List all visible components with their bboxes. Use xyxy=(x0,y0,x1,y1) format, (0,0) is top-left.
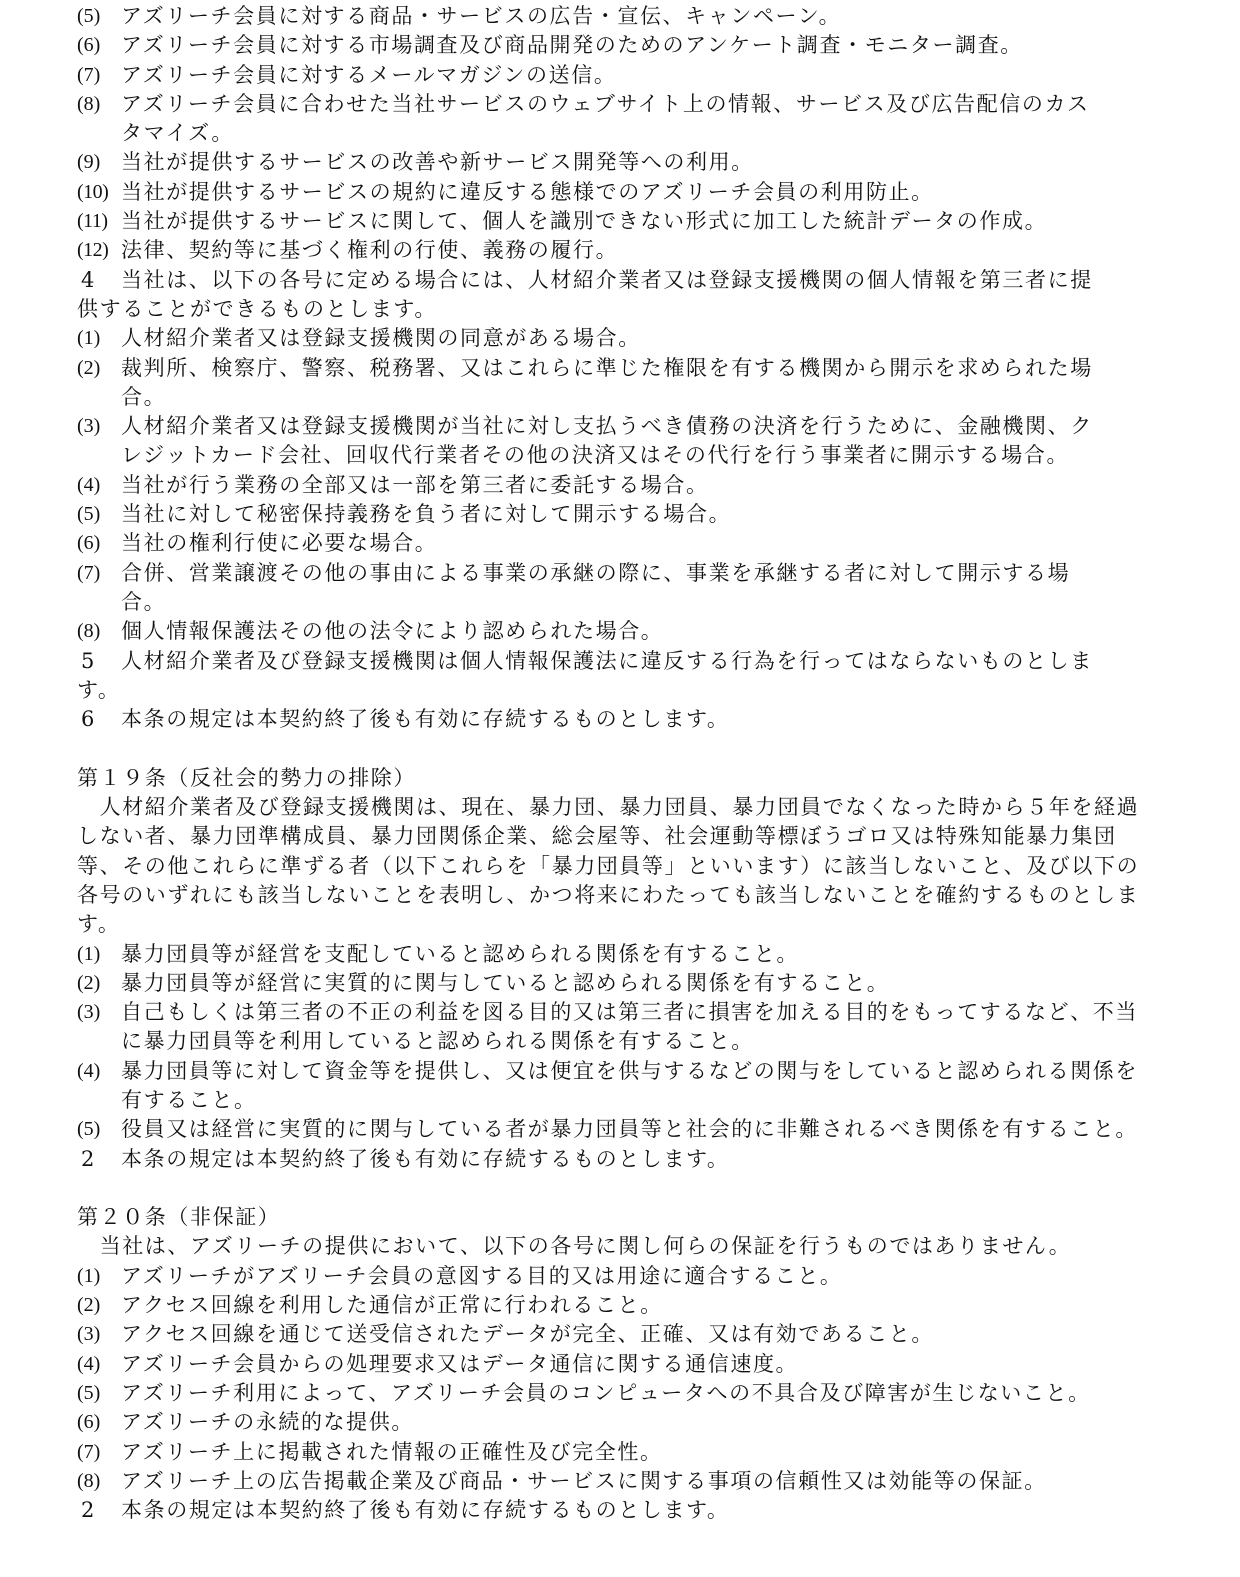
list-item: (4) 当社が行う業務の全部又は一部を第三者に委託する場合。 xyxy=(77,471,1167,500)
list-item: (3) アクセス回線を通じて送受信されたデータが完全、正確、又は有効であること。 xyxy=(77,1320,1167,1349)
list-item: (3) 人材紹介業者又は登録支援機関が当社に対し支払うべき債務の決済を行うために… xyxy=(77,412,1167,441)
disclosure-list: (1) 人材紹介業者又は登録支援機関の同意がある場合。 (2) 裁判所、検察庁、… xyxy=(77,324,1167,646)
item-text: 当社が行う業務の全部又は一部を第三者に委託する場合。 xyxy=(121,471,1167,500)
paragraph-number: 2 xyxy=(77,1496,121,1525)
article-intro-line: 等、その他これらに準ずる者（以下これらを「暴力団員等」といいます）に該当しないこ… xyxy=(77,852,1167,881)
item-number: (9) xyxy=(77,148,121,177)
item-number: (1) xyxy=(77,324,121,353)
list-item: (5) アズリーチ会員に対する商品・サービスの広告・宣伝、キャンペーン。 xyxy=(77,2,1167,31)
item-number: (5) xyxy=(77,1379,121,1408)
list-item: (6) アズリーチの永続的な提供。 xyxy=(77,1408,1167,1437)
list-item: (5) 役員又は経営に実質的に関与している者が暴力団員等と社会的に非難されるべき… xyxy=(77,1115,1167,1144)
paragraph-number: 6 xyxy=(77,705,121,734)
article-heading: 第１９条（反社会的勢力の排除） xyxy=(77,764,1167,793)
list-item: (7) 合併、営業譲渡その他の事由による事業の承継の際に、事業を承継する者に対し… xyxy=(77,559,1167,588)
paragraph-text-cont: 供することができるものとします。 xyxy=(77,295,1167,324)
item-continuation: 合。 xyxy=(77,588,1167,617)
item-number: (7) xyxy=(77,61,121,90)
item-number: (7) xyxy=(77,559,121,588)
item-continuation: タマイズ。 xyxy=(77,119,1167,148)
list-item: (8) アズリーチ上の広告掲載企業及び商品・サービスに関する事項の信頼性又は効能… xyxy=(77,1467,1167,1496)
paragraph-line: 5 人材紹介業者及び登録支援機関は個人情報保護法に違反する行為を行ってはならない… xyxy=(77,647,1167,676)
article-intro-line: しない者、暴力団準構成員、暴力団関係企業、総会屋等、社会運動等標ぼうゴロ又は特殊… xyxy=(77,822,1167,851)
article-intro-line: 当社は、アズリーチの提供において、以下の各号に関し何らの保証を行うものではありま… xyxy=(77,1232,1167,1261)
item-text: アクセス回線を利用した通信が正常に行われること。 xyxy=(121,1291,1167,1320)
item-number: (2) xyxy=(77,1291,121,1320)
article-20: 第２０条（非保証） 当社は、アズリーチの提供において、以下の各号に関し何らの保証… xyxy=(77,1203,1167,1525)
item-text: アズリーチがアズリーチ会員の意図する目的又は用途に適合すること。 xyxy=(121,1262,1167,1291)
item-text: アズリーチ上の広告掲載企業及び商品・サービスに関する事項の信頼性又は効能等の保証… xyxy=(121,1467,1167,1496)
list-item: (6) 当社の権利行使に必要な場合。 xyxy=(77,529,1167,558)
item-number: (3) xyxy=(77,412,121,441)
item-number: (2) xyxy=(77,354,121,383)
item-number: (8) xyxy=(77,617,121,646)
article-heading: 第２０条（非保証） xyxy=(77,1203,1167,1232)
item-text: 合併、営業譲渡その他の事由による事業の承継の際に、事業を承継する者に対して開示す… xyxy=(121,559,1167,588)
item-text: 人材紹介業者又は登録支援機関が当社に対し支払うべき債務の決済を行うために、金融機… xyxy=(121,412,1167,441)
paragraph-text: 人材紹介業者及び登録支援機関は個人情報保護法に違反する行為を行ってはならないもの… xyxy=(121,647,1093,676)
list-item: (3) 自己もしくは第三者の不正の利益を図る目的又は第三者に損害を加える目的をも… xyxy=(77,998,1167,1027)
item-number: (4) xyxy=(77,1057,121,1086)
item-continuation: レジットカード会社、回収代行業者その他の決済又はその代行を行う事業者に開示する場… xyxy=(77,441,1167,470)
article-intro-line: す。 xyxy=(77,910,1167,939)
item-text: 当社が提供するサービスの規約に違反する態様でのアズリーチ会員の利用防止。 xyxy=(121,178,1167,207)
item-text: 暴力団員等に対して資金等を提供し、又は便宜を供与するなどの関与をしていると認めら… xyxy=(121,1057,1167,1086)
item-text: アクセス回線を通じて送受信されたデータが完全、正確、又は有効であること。 xyxy=(121,1320,1167,1349)
article-intro-line: 人材紹介業者及び登録支援機関は、現在、暴力団、暴力団員、暴力団員でなくなった時か… xyxy=(77,793,1167,822)
list-item: (1) アズリーチがアズリーチ会員の意図する目的又は用途に適合すること。 xyxy=(77,1262,1167,1291)
list-item: (1) 人材紹介業者又は登録支援機関の同意がある場合。 xyxy=(77,324,1167,353)
item-text: 当社に対して秘密保持義務を負う者に対して開示する場合。 xyxy=(121,500,1167,529)
list-item: (2) 暴力団員等が経営に実質的に関与していると認められる関係を有すること。 xyxy=(77,969,1167,998)
document-page: (5) アズリーチ会員に対する商品・サービスの広告・宣伝、キャンペーン。 (6)… xyxy=(77,2,1167,1525)
item-continuation: 合。 xyxy=(77,383,1167,412)
item-number: (5) xyxy=(77,500,121,529)
item-number: (6) xyxy=(77,31,121,60)
item-text: 暴力団員等が経営を支配していると認められる関係を有すること。 xyxy=(121,940,1167,969)
item-number: (6) xyxy=(77,529,121,558)
paragraph-2: 2 本条の規定は本契約終了後も有効に存続するものとします。 xyxy=(77,1145,1167,1174)
list-item: (8) アズリーチ会員に合わせた当社サービスのウェブサイト上の情報、サービス及び… xyxy=(77,90,1167,119)
item-text: 個人情報保護法その他の法令により認められた場合。 xyxy=(121,617,1167,646)
paragraph-text: 本条の規定は本契約終了後も有効に存続するものとします。 xyxy=(121,1496,730,1525)
item-number: (11) xyxy=(77,207,121,236)
paragraph-text: 当社は、以下の各号に定める場合には、人材紹介業者又は登録支援機関の個人情報を第三… xyxy=(121,266,1093,295)
item-text: アズリーチ会員からの処理要求又はデータ通信に関する通信速度。 xyxy=(121,1350,1167,1379)
list-item: (12) 法律、契約等に基づく権利の行使、義務の履行。 xyxy=(77,236,1167,265)
paragraph-2: 2 本条の規定は本契約終了後も有効に存続するものとします。 xyxy=(77,1496,1167,1525)
item-number: (4) xyxy=(77,1350,121,1379)
paragraph-4: 4 当社は、以下の各号に定める場合には、人材紹介業者又は登録支援機関の個人情報を… xyxy=(77,266,1167,325)
item-text: 裁判所、検察庁、警察、税務署、又はこれらに準じた権限を有する機関から開示を求めら… xyxy=(121,354,1167,383)
item-text: 暴力団員等が経営に実質的に関与していると認められる関係を有すること。 xyxy=(121,969,1167,998)
item-text: 当社が提供するサービスの改善や新サービス開発等への利用。 xyxy=(121,148,1167,177)
list-item: (7) アズリーチ会員に対するメールマガジンの送信。 xyxy=(77,61,1167,90)
item-text: 法律、契約等に基づく権利の行使、義務の履行。 xyxy=(121,236,1167,265)
item-number: (3) xyxy=(77,998,121,1027)
item-text: アズリーチ会員に対するメールマガジンの送信。 xyxy=(121,61,1167,90)
item-text: アズリーチ会員に対する市場調査及び商品開発のためのアンケート調査・モニター調査。 xyxy=(121,31,1167,60)
article-intro-line: 各号のいずれにも該当しないことを表明し、かつ将来にわたっても該当しないことを確約… xyxy=(77,881,1167,910)
list-item: (8) 個人情報保護法その他の法令により認められた場合。 xyxy=(77,617,1167,646)
list-item: (2) 裁判所、検察庁、警察、税務署、又はこれらに準じた権限を有する機関から開示… xyxy=(77,354,1167,383)
paragraph-text: 本条の規定は本契約終了後も有効に存続するものとします。 xyxy=(121,705,730,734)
item-text: アズリーチ利用によって、アズリーチ会員のコンピュータへの不具合及び障害が生じない… xyxy=(121,1379,1167,1408)
item-text: アズリーチ会員に対する商品・サービスの広告・宣伝、キャンペーン。 xyxy=(121,2,1167,31)
item-text: 当社が提供するサービスに関して、個人を識別できない形式に加工した統計データの作成… xyxy=(121,207,1167,236)
list-item: (7) アズリーチ上に掲載された情報の正確性及び完全性。 xyxy=(77,1438,1167,1467)
list-item: (9) 当社が提供するサービスの改善や新サービス開発等への利用。 xyxy=(77,148,1167,177)
item-number: (6) xyxy=(77,1408,121,1437)
list-item: (5) アズリーチ利用によって、アズリーチ会員のコンピュータへの不具合及び障害が… xyxy=(77,1379,1167,1408)
spacer xyxy=(77,734,1167,763)
item-text: アズリーチの永続的な提供。 xyxy=(121,1408,1167,1437)
paragraph-number: 4 xyxy=(77,266,121,295)
item-number: (8) xyxy=(77,1467,121,1496)
item-number: (12) xyxy=(77,236,121,265)
item-number: (3) xyxy=(77,1320,121,1349)
list-item: (11) 当社が提供するサービスに関して、個人を識別できない形式に加工した統計デ… xyxy=(77,207,1167,236)
item-number: (1) xyxy=(77,940,121,969)
list-item: (1) 暴力団員等が経営を支配していると認められる関係を有すること。 xyxy=(77,940,1167,969)
list-item: (4) 暴力団員等に対して資金等を提供し、又は便宜を供与するなどの関与をしている… xyxy=(77,1057,1167,1086)
item-number: (1) xyxy=(77,1262,121,1291)
paragraph-5: 5 人材紹介業者及び登録支援機関は個人情報保護法に違反する行為を行ってはならない… xyxy=(77,647,1167,706)
article-19: 第１９条（反社会的勢力の排除） 人材紹介業者及び登録支援機関は、現在、暴力団、暴… xyxy=(77,764,1167,1174)
item-text: アズリーチ上に掲載された情報の正確性及び完全性。 xyxy=(121,1438,1167,1467)
paragraph-number: 5 xyxy=(77,647,121,676)
paragraph-text-cont: す。 xyxy=(77,676,1167,705)
item-number: (2) xyxy=(77,969,121,998)
item-number: (8) xyxy=(77,90,121,119)
item-continuation: に暴力団員等を利用していると認められる関係を有すること。 xyxy=(77,1027,1167,1056)
item-number: (5) xyxy=(77,1115,121,1144)
item-number: (10) xyxy=(77,178,121,207)
spacer xyxy=(77,1174,1167,1203)
paragraph-number: 2 xyxy=(77,1145,121,1174)
list-item: (6) アズリーチ会員に対する市場調査及び商品開発のためのアンケート調査・モニタ… xyxy=(77,31,1167,60)
list-item: (2) アクセス回線を利用した通信が正常に行われること。 xyxy=(77,1291,1167,1320)
list-item: (10) 当社が提供するサービスの規約に違反する態様でのアズリーチ会員の利用防止… xyxy=(77,178,1167,207)
item-number: (7) xyxy=(77,1438,121,1467)
item-text: 役員又は経営に実質的に関与している者が暴力団員等と社会的に非難されるべき関係を有… xyxy=(121,1115,1167,1144)
item-text: アズリーチ会員に合わせた当社サービスのウェブサイト上の情報、サービス及び広告配信… xyxy=(121,90,1167,119)
item-text: 当社の権利行使に必要な場合。 xyxy=(121,529,1167,558)
item-number: (5) xyxy=(77,2,121,31)
list-item: (4) アズリーチ会員からの処理要求又はデータ通信に関する通信速度。 xyxy=(77,1350,1167,1379)
item-number: (4) xyxy=(77,471,121,500)
paragraph-6: 6 本条の規定は本契約終了後も有効に存続するものとします。 xyxy=(77,705,1167,734)
item-continuation: 有すること。 xyxy=(77,1086,1167,1115)
item-text: 自己もしくは第三者の不正の利益を図る目的又は第三者に損害を加える目的をもってする… xyxy=(121,998,1167,1027)
paragraph-line: 4 当社は、以下の各号に定める場合には、人材紹介業者又は登録支援機関の個人情報を… xyxy=(77,266,1167,295)
item-text: 人材紹介業者又は登録支援機関の同意がある場合。 xyxy=(121,324,1167,353)
paragraph-text: 本条の規定は本契約終了後も有効に存続するものとします。 xyxy=(121,1145,730,1174)
purpose-list: (5) アズリーチ会員に対する商品・サービスの広告・宣伝、キャンペーン。 (6)… xyxy=(77,2,1167,266)
list-item: (5) 当社に対して秘密保持義務を負う者に対して開示する場合。 xyxy=(77,500,1167,529)
